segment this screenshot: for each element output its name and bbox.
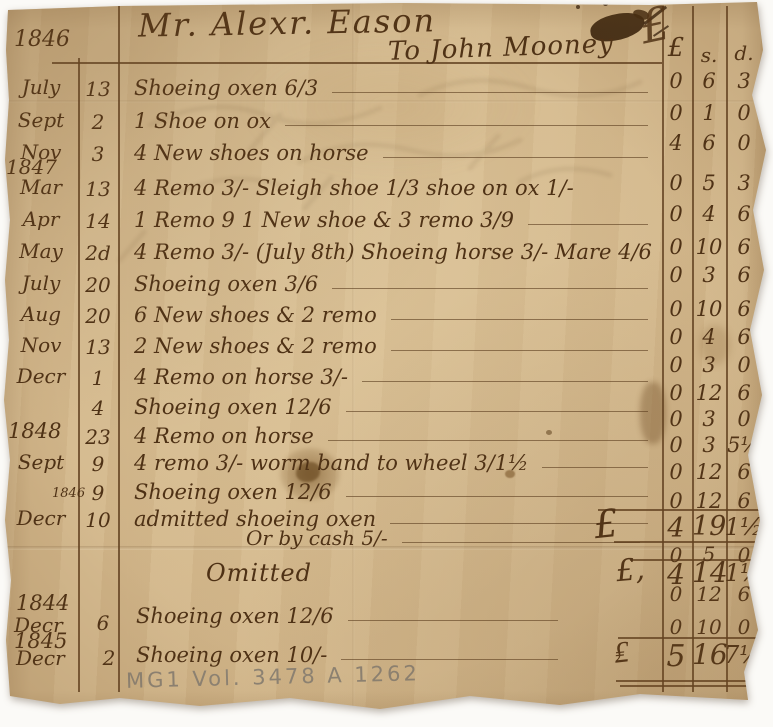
ruled-fill-line	[528, 224, 648, 225]
entry-pounds: 0	[660, 616, 692, 638]
entry-shillings: 3	[692, 434, 726, 457]
entry-shillings: 1	[692, 102, 726, 125]
entry-description: 2 New shoes & 2 remo	[134, 334, 656, 358]
ruled-fill-line	[328, 440, 648, 441]
entry-description-text: 4 Remo on horse	[134, 424, 314, 448]
entry-shillings: 12	[692, 461, 726, 484]
ruled-fill-line	[346, 411, 648, 412]
entry-description: Shoeing oxen 3/6	[134, 272, 656, 296]
entry-shillings: 3	[692, 354, 726, 377]
ruled-fill-line	[285, 125, 648, 126]
entry-pence: 0	[724, 616, 764, 638]
entry-pence: 6	[724, 490, 764, 513]
entry-description-text: 4 Remo 3/- (July 8th) Shoeing horse 3/- …	[134, 240, 652, 264]
entry-pounds: 0	[660, 102, 692, 125]
entry-pence: 3	[724, 70, 764, 93]
final-double-rule-2	[620, 685, 773, 687]
entry-description: Shoeing oxen 12/6	[134, 480, 656, 504]
entry-pounds: 0	[660, 70, 692, 93]
entry-pounds: 0	[660, 461, 692, 484]
entry-description-text: 4 Remo on horse 3/-	[134, 365, 348, 389]
entry-description-text: 4 remo 3/- worm band to wheel 3/1½	[134, 451, 528, 475]
ruled-fill-line	[332, 92, 648, 93]
entry-description: 1 Shoe on ox	[134, 109, 656, 133]
entry-description: 4 Remo 3/- (July 8th) Shoeing horse 3/- …	[134, 240, 656, 264]
entry-month: Decr	[6, 507, 76, 529]
entry-day: 23	[80, 426, 116, 448]
entry-pence: 0	[724, 102, 764, 125]
ruled-fill-line	[341, 659, 558, 660]
entry-pounds: 0	[660, 408, 692, 431]
entry-pounds: 0	[660, 354, 692, 377]
entry-pounds: 0	[660, 203, 692, 226]
entry-description: Shoeing oxen 6/3	[134, 76, 656, 100]
final-total-shillings: 16	[692, 640, 726, 671]
omitted-entry-day: 2	[94, 647, 124, 669]
entry-pence: 0	[724, 132, 764, 155]
entry-pence: 6	[724, 583, 764, 605]
entry-month: July	[6, 76, 76, 98]
entry-day: 13	[80, 336, 116, 358]
entry-day: 2d	[80, 242, 116, 264]
entry-month: Aug	[6, 303, 76, 325]
entry-shillings: 12	[692, 490, 726, 513]
entry-day: 10	[80, 509, 116, 531]
entry-description-text: 4 Remo 3/- Sleigh shoe 1/3 shoe on ox 1/…	[134, 176, 574, 200]
entry-month: May	[6, 240, 76, 262]
ruled-fill-line	[346, 496, 648, 497]
entry-shillings: 4	[692, 203, 726, 226]
entry-shillings: 3	[692, 264, 726, 287]
entry-day: 2	[80, 111, 116, 133]
entry-month: July	[6, 272, 76, 294]
entry-day: 4	[80, 397, 116, 419]
shillings-column-header: s.	[692, 44, 726, 66]
balance-pound-sign: £,	[615, 553, 646, 588]
omitted-entry-description-text: Shoeing oxen 12/6	[136, 604, 334, 628]
entry-shillings: 3	[692, 408, 726, 431]
entry-day: 9	[80, 482, 116, 504]
omitted-entry-month: Decr	[16, 647, 65, 669]
ruled-fill-line	[542, 467, 648, 468]
entry-description-text: 2 New shoes & 2 remo	[134, 334, 377, 358]
credit-row: Or by cash 5/-	[246, 526, 648, 550]
ruled-fill-line	[391, 319, 648, 320]
entry-shillings: 6	[692, 70, 726, 93]
entry-description-text: 1 Remo 9 1 New shoe & 3 remo 3/9	[134, 208, 514, 232]
entry-pence: 6	[724, 236, 764, 259]
entry-year: 1846	[14, 28, 70, 52]
entry-month: Sept	[6, 109, 76, 131]
entry-shillings: 12	[692, 382, 726, 405]
ruled-fill-line	[383, 157, 648, 158]
entry-pounds: 0	[660, 490, 692, 513]
entry-description-text: Shoeing oxen 3/6	[134, 272, 318, 296]
header-underline	[52, 62, 662, 64]
entry-month: Decr	[6, 365, 76, 387]
entry-description: 4 Remo on horse	[134, 424, 656, 448]
entry-day: 14	[80, 210, 116, 232]
entry-shillings: 10	[692, 298, 726, 321]
entry-shillings: 4	[692, 326, 726, 349]
entry-pence: 0	[724, 354, 764, 377]
entry-description-text: 1 Shoe on ox	[134, 109, 271, 133]
entry-pence: 6	[724, 298, 764, 321]
entry-shillings: 6	[692, 132, 726, 155]
entry-pounds: 0	[660, 236, 692, 259]
entry-pence: 6	[724, 264, 764, 287]
ruled-fill-line	[391, 350, 648, 351]
entry-day: 20	[80, 274, 116, 296]
entry-pounds: 4	[660, 132, 692, 155]
entry-month: Sept	[6, 451, 76, 473]
final-total-pound-sign: ₤	[612, 635, 630, 669]
entry-pounds: 0	[660, 264, 692, 287]
day-column-rule	[118, 6, 120, 692]
subtotal-shillings: 19	[692, 512, 726, 542]
entry-day: 9	[80, 453, 116, 475]
entry-description: 4 remo 3/- worm band to wheel 3/1½	[134, 451, 656, 475]
entry-description-text: 4 New shoes on horse	[134, 141, 369, 165]
entry-description: 4 Remo on horse 3/-	[134, 365, 656, 389]
entry-shillings: 10	[692, 616, 726, 638]
entry-day: 3	[80, 143, 116, 165]
entry-pounds: 0	[660, 382, 692, 405]
entry-pounds: 0	[660, 298, 692, 321]
entry-description-text: Shoeing oxen 12/6	[134, 395, 332, 419]
entry-description: 1 Remo 9 1 New shoe & 3 remo 3/9	[134, 208, 656, 232]
entry-year: 1846	[52, 487, 85, 501]
entry-pence: 0	[724, 408, 764, 431]
subtotal-pence: 1½	[724, 514, 764, 540]
entry-pounds: 0	[660, 434, 692, 457]
entry-day: 13	[80, 178, 116, 200]
entry-month: Mar	[6, 176, 76, 198]
ruled-fill-line	[402, 542, 640, 543]
ledger-paper: Mr. Alexr. Eason To John Mooney £ £ s. d…	[0, 0, 773, 727]
omitted-entry-description: Shoeing oxen 12/6	[136, 604, 566, 628]
scanned-ledger-page: Mr. Alexr. Eason To John Mooney £ £ s. d…	[0, 0, 773, 727]
entry-pence: 6	[724, 326, 764, 349]
entry-shillings: 10	[692, 236, 726, 259]
entry-day: 13	[80, 78, 116, 100]
final-double-rule-1	[616, 680, 773, 682]
omitted-section-title: Omitted	[206, 560, 312, 586]
entry-description-text: Shoeing oxen 6/3	[134, 76, 318, 100]
final-total-pounds: 5	[660, 640, 692, 673]
ruled-fill-line	[348, 620, 558, 621]
entry-day: 1	[80, 367, 116, 389]
entry-shillings: 12	[692, 583, 726, 605]
paper-shadow: Mr. Alexr. Eason To John Mooney £ £ s. d…	[0, 0, 773, 727]
fold-crease-horizontal	[0, 100, 773, 103]
archival-reference-note: MG1 Vol. 3478 A 1262	[126, 662, 420, 693]
entry-year: 1848	[8, 420, 61, 443]
omitted-entry-day: 6	[88, 612, 118, 634]
entry-description: 6 New shoes & 2 remo	[134, 303, 656, 327]
entry-pence: 3	[724, 172, 764, 195]
entry-description: 4 New shoes on horse	[134, 141, 656, 165]
entry-description: Shoeing oxen 12/6	[134, 395, 656, 419]
ruled-fill-line	[332, 288, 648, 289]
entry-pence: 6	[724, 382, 764, 405]
entry-pounds: 0	[660, 326, 692, 349]
entry-month: Nov	[6, 334, 76, 356]
entry-pounds: 0	[660, 172, 692, 195]
ink-spatter-dot	[576, 5, 580, 9]
entry-month: Apr	[6, 208, 76, 230]
ink-spatter-dot	[603, 2, 608, 6]
final-total-pence: 7½	[724, 642, 760, 668]
entry-pounds: 0	[660, 583, 692, 605]
entry-description: 4 Remo 3/- Sleigh shoe 1/3 shoe on ox 1/…	[134, 176, 656, 200]
entry-pence: 6	[724, 461, 764, 484]
ruled-fill-line	[362, 381, 648, 382]
credit-desc: Or by cash 5/-	[246, 526, 388, 550]
entry-description-text: Shoeing oxen 12/6	[134, 480, 332, 504]
pence-column-header: d.	[724, 42, 764, 64]
entry-shillings: 5	[692, 172, 726, 195]
entry-pence: 6	[724, 203, 764, 226]
entry-day: 20	[80, 305, 116, 327]
entry-description-text: 6 New shoes & 2 remo	[134, 303, 377, 327]
subtotal-pounds: 4	[660, 514, 692, 544]
pounds-column-header: £	[660, 34, 692, 63]
entry-pence: 5½	[724, 434, 764, 457]
omitted-entry-year: 1844	[16, 592, 69, 615]
